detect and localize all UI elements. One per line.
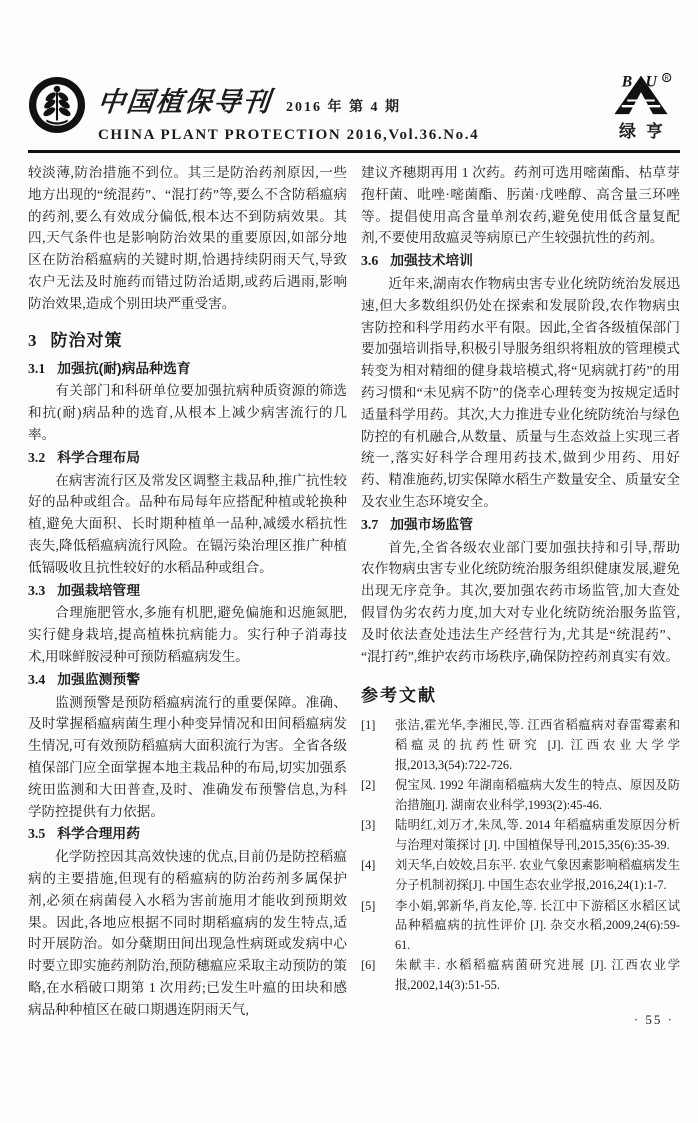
journal-titles: 中国植保导刊 2016 年 第 4 期 CHINA PLANT PROTECTI… bbox=[98, 76, 680, 144]
subsection-number: 3.7 bbox=[361, 517, 378, 532]
reference-text: 倪宝凤. 1992 年湖南稻瘟病大发生的特点、原因及防治措施[J]. 湖南农业科… bbox=[395, 778, 680, 812]
article-left-column: 较淡薄,防治措施不到位。其三是防治药剂原因,一些地方出现的“统混药”、“混打药”… bbox=[28, 162, 347, 1028]
subsection-title: 科学合理用药 bbox=[57, 826, 140, 841]
subsection-heading: 3.5科学合理用药 bbox=[28, 823, 347, 845]
subsection-number: 3.1 bbox=[28, 361, 45, 376]
lvheng-logo-name: 绿亨 bbox=[602, 117, 680, 142]
paragraph: 监测预警是预防稻瘟病流行的重要保障。准确、及时掌握稻瘟病菌生理小种变异情况和田间… bbox=[28, 692, 347, 823]
subsection-title: 加强技术培训 bbox=[390, 253, 473, 268]
reference-item: [3] 陆明红,刘万才,朱凤,等. 2014 年稻瘟病重发原因分析与治理对策探讨… bbox=[361, 816, 680, 855]
subsection-heading: 3.6加强技术培训 bbox=[361, 250, 680, 272]
subsection-title: 加强栽培管理 bbox=[57, 583, 140, 598]
reference-label: [5] bbox=[361, 897, 375, 917]
section-number: 3 bbox=[28, 331, 37, 350]
paragraph: 近年来,湖南农作物病虫害专业化统防统治发展迅速,但大多数组织仍处在探索和发展阶段… bbox=[361, 273, 680, 513]
reference-item: [6] 朱献丰. 水稻稻瘟病菌研究进展 [J]. 江西农业学报,2002,14(… bbox=[361, 956, 680, 995]
subsection-heading: 3.7加强市场监管 bbox=[361, 514, 680, 536]
page-number: · 55 · bbox=[361, 1012, 680, 1028]
subsection-heading: 3.1加强抗(耐)病品种选育 bbox=[28, 358, 347, 380]
reference-label: [6] bbox=[361, 956, 375, 976]
subsection-number: 3.6 bbox=[361, 253, 378, 268]
reference-item: [2] 倪宝凤. 1992 年湖南稻瘟病大发生的特点、原因及防治措施[J]. 湖… bbox=[361, 776, 680, 815]
subsection-3-5: 3.5科学合理用药 化学防控因其高效快速的优点,目前仍是防控稻瘟病的主要措施,但… bbox=[28, 823, 347, 1020]
journal-page: 中国植保导刊 2016 年 第 4 期 CHINA PLANT PROTECTI… bbox=[0, 0, 698, 1123]
journal-emblem-icon bbox=[28, 76, 86, 134]
subsection-3-4: 3.4加强监测预警 监测预警是预防稻瘟病流行的重要保障。准确、及时掌握稻瘟病菌生… bbox=[28, 669, 347, 823]
paragraph-continuation: 较淡薄,防治措施不到位。其三是防治药剂原因,一些地方出现的“统混药”、“混打药”… bbox=[28, 162, 347, 315]
subsection-number: 3.2 bbox=[28, 450, 45, 465]
reference-text: 陆明红,刘万才,朱凤,等. 2014 年稻瘟病重发原因分析与治理对策探讨 [J]… bbox=[395, 818, 680, 852]
lvheng-logo-icon: B U R bbox=[608, 72, 674, 116]
reference-label: [4] bbox=[361, 856, 375, 876]
subsection-3-6: 3.6加强技术培训 近年来,湖南农作物病虫害专业化统防统治发展迅速,但大多数组织… bbox=[361, 250, 680, 513]
reference-label: [1] bbox=[361, 716, 375, 736]
svg-text:U: U bbox=[646, 74, 658, 91]
subsection-title: 加强市场监管 bbox=[390, 517, 473, 532]
subsection-3-1: 3.1加强抗(耐)病品种选育 有关部门和科研单位要加强抗病种质资源的筛选和抗(耐… bbox=[28, 358, 347, 446]
section-title: 防治对策 bbox=[51, 331, 123, 350]
paragraph: 在病害流行区及常发区调整主栽品种,推广抗性较好的品种或组合。品种布局每年应搭配种… bbox=[28, 470, 347, 579]
subsection-3-2: 3.2科学合理布局 在病害流行区及常发区调整主栽品种,推广抗性较好的品种或组合。… bbox=[28, 447, 347, 579]
journal-issue: 2016 年 第 4 期 bbox=[286, 96, 401, 116]
reference-item: [4] 刘天华,白姣姣,吕东平. 农业气象因素影响稻瘟病发生分子机制初探[J].… bbox=[361, 856, 680, 895]
subsection-heading: 3.2科学合理布局 bbox=[28, 447, 347, 469]
subsection-heading: 3.3加强栽培管理 bbox=[28, 580, 347, 602]
article-right-column: 建议齐穗期再用 1 次药。药剂可选用嘧菌酯、枯草芽孢杆菌、吡唑·嘧菌酯、肟菌·戊… bbox=[361, 162, 680, 1028]
subsection-title: 加强监测预警 bbox=[57, 672, 140, 687]
reference-item: [1] 张洁,霍光华,李湘民,等. 江西省稻瘟病对春雷霉素和稻瘟灵的抗药性研究 … bbox=[361, 716, 680, 775]
reference-text: 刘天华,白姣姣,吕东平. 农业气象因素影响稻瘟病发生分子机制初探[J]. 中国生… bbox=[395, 858, 680, 892]
subsection-number: 3.4 bbox=[28, 672, 45, 687]
paragraph: 有关部门和科研单位要加强抗病种质资源的筛选和抗(耐)病品种的选育,从根本上减少病… bbox=[28, 380, 347, 445]
subsection-title: 加强抗(耐)病品种选育 bbox=[57, 361, 190, 376]
references-heading: 参考文献 bbox=[361, 681, 680, 706]
article-body: 较淡薄,防治措施不到位。其三是防治药剂原因,一些地方出现的“统混药”、“混打药”… bbox=[28, 162, 680, 1028]
svg-text:R: R bbox=[664, 76, 669, 82]
paragraph: 化学防控因其高效快速的优点,目前仍是防控稻瘟病的主要措施,但现有的稻瘟病的防治药… bbox=[28, 846, 347, 1020]
reference-text: 朱献丰. 水稻稻瘟病菌研究进展 [J]. 江西农业学报,2002,14(3):5… bbox=[395, 958, 680, 992]
reference-text: 李小娟,郭新华,肖友伦,等. 长江中下游稻区水稻区试品种稻瘟病的抗性评价 [J]… bbox=[395, 899, 680, 952]
subsection-3-3: 3.3加强栽培管理 合理施肥管水,多施有机肥,避免偏施和迟施氮肥,实行健身栽培,… bbox=[28, 580, 347, 668]
references-list: [1] 张洁,霍光华,李湘民,等. 江西省稻瘟病对春雷霉素和稻瘟灵的抗药性研究 … bbox=[361, 716, 680, 995]
journal-title-en: CHINA PLANT PROTECTION 2016,Vol.36.No.4 bbox=[98, 127, 680, 144]
header-rule bbox=[28, 150, 680, 153]
page-header: 中国植保导刊 2016 年 第 4 期 CHINA PLANT PROTECTI… bbox=[28, 76, 680, 144]
advertiser-logo: B U R 绿亨 bbox=[602, 72, 680, 142]
subsection-3-7: 3.7加强市场监管 首先,全省各级农业部门要加强扶持和引导,帮助农作物病虫害专业… bbox=[361, 514, 680, 668]
reference-label: [3] bbox=[361, 816, 375, 836]
subsection-number: 3.5 bbox=[28, 826, 45, 841]
paragraph: 合理施肥管水,多施有机肥,避免偏施和迟施氮肥,实行健身栽培,提高植株抗病能力。实… bbox=[28, 602, 347, 667]
journal-title-cn: 中国植保导刊 bbox=[96, 80, 274, 119]
paragraph: 首先,全省各级农业部门要加强扶持和引导,帮助农作物病虫害专业化统防统治服务组织健… bbox=[361, 537, 680, 668]
reference-label: [2] bbox=[361, 776, 375, 796]
section-heading-3: 3防治对策 bbox=[28, 326, 347, 351]
reference-text: 张洁,霍光华,李湘民,等. 江西省稻瘟病对春雷霉素和稻瘟灵的抗药性研究 [J].… bbox=[395, 718, 680, 771]
reference-item: [5] 李小娟,郭新华,肖友伦,等. 长江中下游稻区水稻区试品种稻瘟病的抗性评价… bbox=[361, 897, 680, 956]
subsection-heading: 3.4加强监测预警 bbox=[28, 669, 347, 691]
subsection-number: 3.3 bbox=[28, 583, 45, 598]
svg-text:B: B bbox=[621, 74, 632, 91]
paragraph-continuation: 建议齐穗期再用 1 次药。药剂可选用嘧菌酯、枯草芽孢杆菌、吡唑·嘧菌酯、肟菌·戊… bbox=[361, 162, 680, 249]
subsection-title: 科学合理布局 bbox=[57, 450, 140, 465]
